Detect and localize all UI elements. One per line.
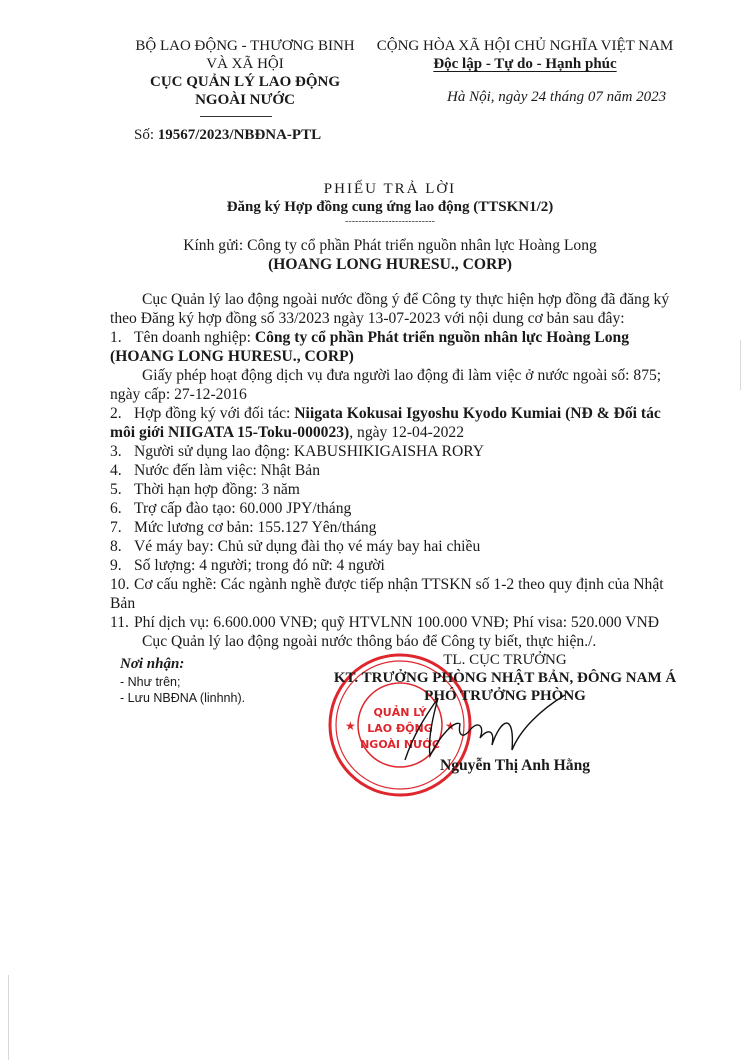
sign-line-2: KT. TRƯỞNG PHÒNG NHẬT BẢN, ĐÔNG NAM Á <box>300 670 710 687</box>
recipient-item: - Như trên; <box>120 675 180 689</box>
item-number: 7. <box>110 519 134 537</box>
department-line-2: NGOÀI NƯỚC <box>100 92 390 109</box>
department-line-1: CỤC QUẢN LÝ LAO ĐỘNG <box>100 74 390 91</box>
item-label: Tên doanh nghiệp: <box>134 329 255 346</box>
document-number: Số: 19567/2023/NBĐNA-PTL <box>134 127 321 144</box>
item-10-line-2: Bản <box>110 595 135 613</box>
place-date: Hà Nội, ngày 24 tháng 07 năm 2023 <box>447 89 666 106</box>
item-number: 2. <box>110 405 134 423</box>
item-5: 5.Thời hạn hợp đồng: 3 năm <box>110 481 300 499</box>
title-separator: --------------------------- <box>180 216 600 227</box>
item-2-line-2: môi giới NIIGATA 15-Toku-000023), ngày 1… <box>110 424 464 442</box>
item-6: 6.Trợ cấp đào tạo: 60.000 JPY/tháng <box>110 500 351 518</box>
item-1: 1.Tên doanh nghiệp: Công ty cổ phần Phát… <box>110 329 629 347</box>
item-label: Người sử dụng lao động: KABUSHIKIGAISHA … <box>134 443 484 460</box>
contract-date: , ngày 12-04-2022 <box>349 424 464 441</box>
national-motto: Độc lập - Tự do - Hạnh phúc <box>360 56 690 73</box>
item-label: Nước đến làm việc: Nhật Bản <box>134 462 320 479</box>
header-left-rule <box>200 116 272 117</box>
recipient-line: Kính gửi: Công ty cổ phần Phát triển ngu… <box>170 237 610 255</box>
intro-line-1: Cục Quản lý lao động ngoài nước đồng ý đ… <box>142 291 669 309</box>
item-2: 2.Hợp đồng ký với đối tác: Niigata Kokus… <box>110 405 661 423</box>
item-label: Hợp đồng ký với đối tác: <box>134 405 294 422</box>
license-date: ngày cấp: 27-12-2016 <box>110 386 247 404</box>
item-number: 9. <box>110 557 134 575</box>
item-number: 6. <box>110 500 134 518</box>
document-title: PHIẾU TRẢ LỜI <box>180 181 600 198</box>
recipient-english-name: (HOANG LONG HURESU., CORP) <box>170 256 610 274</box>
item-label: Mức lương cơ bản: 155.127 Yên/tháng <box>134 519 376 536</box>
item-label: Số lượng: 4 người; trong đó nữ: 4 người <box>134 557 385 574</box>
doc-number-value: 19567/2023/NBĐNA-PTL <box>158 127 321 143</box>
svg-text:★: ★ <box>345 719 356 733</box>
scan-edge-mark <box>8 975 9 1060</box>
country-name: CỘNG HÒA XÃ HỘI CHỦ NGHĨA VIỆT NAM <box>360 38 690 55</box>
scan-edge-mark <box>740 340 741 390</box>
license-line: Giấy phép hoạt động dịch vụ đưa người la… <box>142 367 661 385</box>
item-number: 10. <box>110 576 134 594</box>
item-9: 9.Số lượng: 4 người; trong đó nữ: 4 ngườ… <box>110 557 385 575</box>
document-subtitle: Đăng ký Hợp đồng cung ứng lao động (TTSK… <box>180 199 600 216</box>
signer-name: Nguyễn Thị Anh Hằng <box>380 757 650 775</box>
item-label: Thời hạn hợp đồng: 3 năm <box>134 481 300 498</box>
partner-broker: môi giới NIIGATA 15-Toku-000023) <box>110 424 349 441</box>
item-number: 1. <box>110 329 134 347</box>
sign-line-1: TL. CỤC TRƯỞNG <box>300 652 710 669</box>
item-number: 4. <box>110 462 134 480</box>
item-4: 4.Nước đến làm việc: Nhật Bản <box>110 462 320 480</box>
item-8: 8.Vé máy bay: Chủ sử dụng đài thọ vé máy… <box>110 538 480 556</box>
item-label: Phí dịch vụ: 6.600.000 VNĐ; quỹ HTVLNN 1… <box>134 614 659 631</box>
partner-name: Niigata Kokusai Igyoshu Kyodo Kumiai (NĐ… <box>294 405 661 422</box>
item-number: 5. <box>110 481 134 499</box>
document-page: BỘ LAO ĐỘNG - THƯƠNG BINH VÀ XÃ HỘI CỤC … <box>0 0 750 1060</box>
company-name: Công ty cổ phần Phát triển nguồn nhân lự… <box>255 329 629 346</box>
item-label: Vé máy bay: Chủ sử dụng đài thọ vé máy b… <box>134 538 480 555</box>
item-number: 3. <box>110 443 134 461</box>
item-number: 11. <box>110 614 134 632</box>
recipients-title: Nơi nhận: <box>120 656 184 673</box>
item-7: 7.Mức lương cơ bản: 155.127 Yên/tháng <box>110 519 376 537</box>
ministry-line-1: BỘ LAO ĐỘNG - THƯƠNG BINH <box>100 38 390 55</box>
closing-line: Cục Quản lý lao động ngoài nước thông bá… <box>142 633 596 651</box>
item-label: Cơ cấu nghề: Các ngành nghề được tiếp nh… <box>134 576 664 593</box>
item-3: 3.Người sử dụng lao động: KABUSHIKIGAISH… <box>110 443 484 461</box>
item-label: Trợ cấp đào tạo: 60.000 JPY/tháng <box>134 500 351 517</box>
ministry-line-2: VÀ XÃ HỘI <box>100 56 390 73</box>
item-11: 11.Phí dịch vụ: 6.600.000 VNĐ; quỹ HTVLN… <box>110 614 659 632</box>
intro-line-2: theo Đăng ký hợp đồng số 33/2023 ngày 13… <box>110 310 625 328</box>
item-10: 10.Cơ cấu nghề: Các ngành nghề được tiếp… <box>110 576 664 594</box>
item-number: 8. <box>110 538 134 556</box>
doc-number-label: Số: <box>134 127 158 143</box>
recipient-item: - Lưu NBĐNA (linhnh). <box>120 691 245 705</box>
item-1-line-2: (HOANG LONG HURESU., CORP) <box>110 348 354 366</box>
